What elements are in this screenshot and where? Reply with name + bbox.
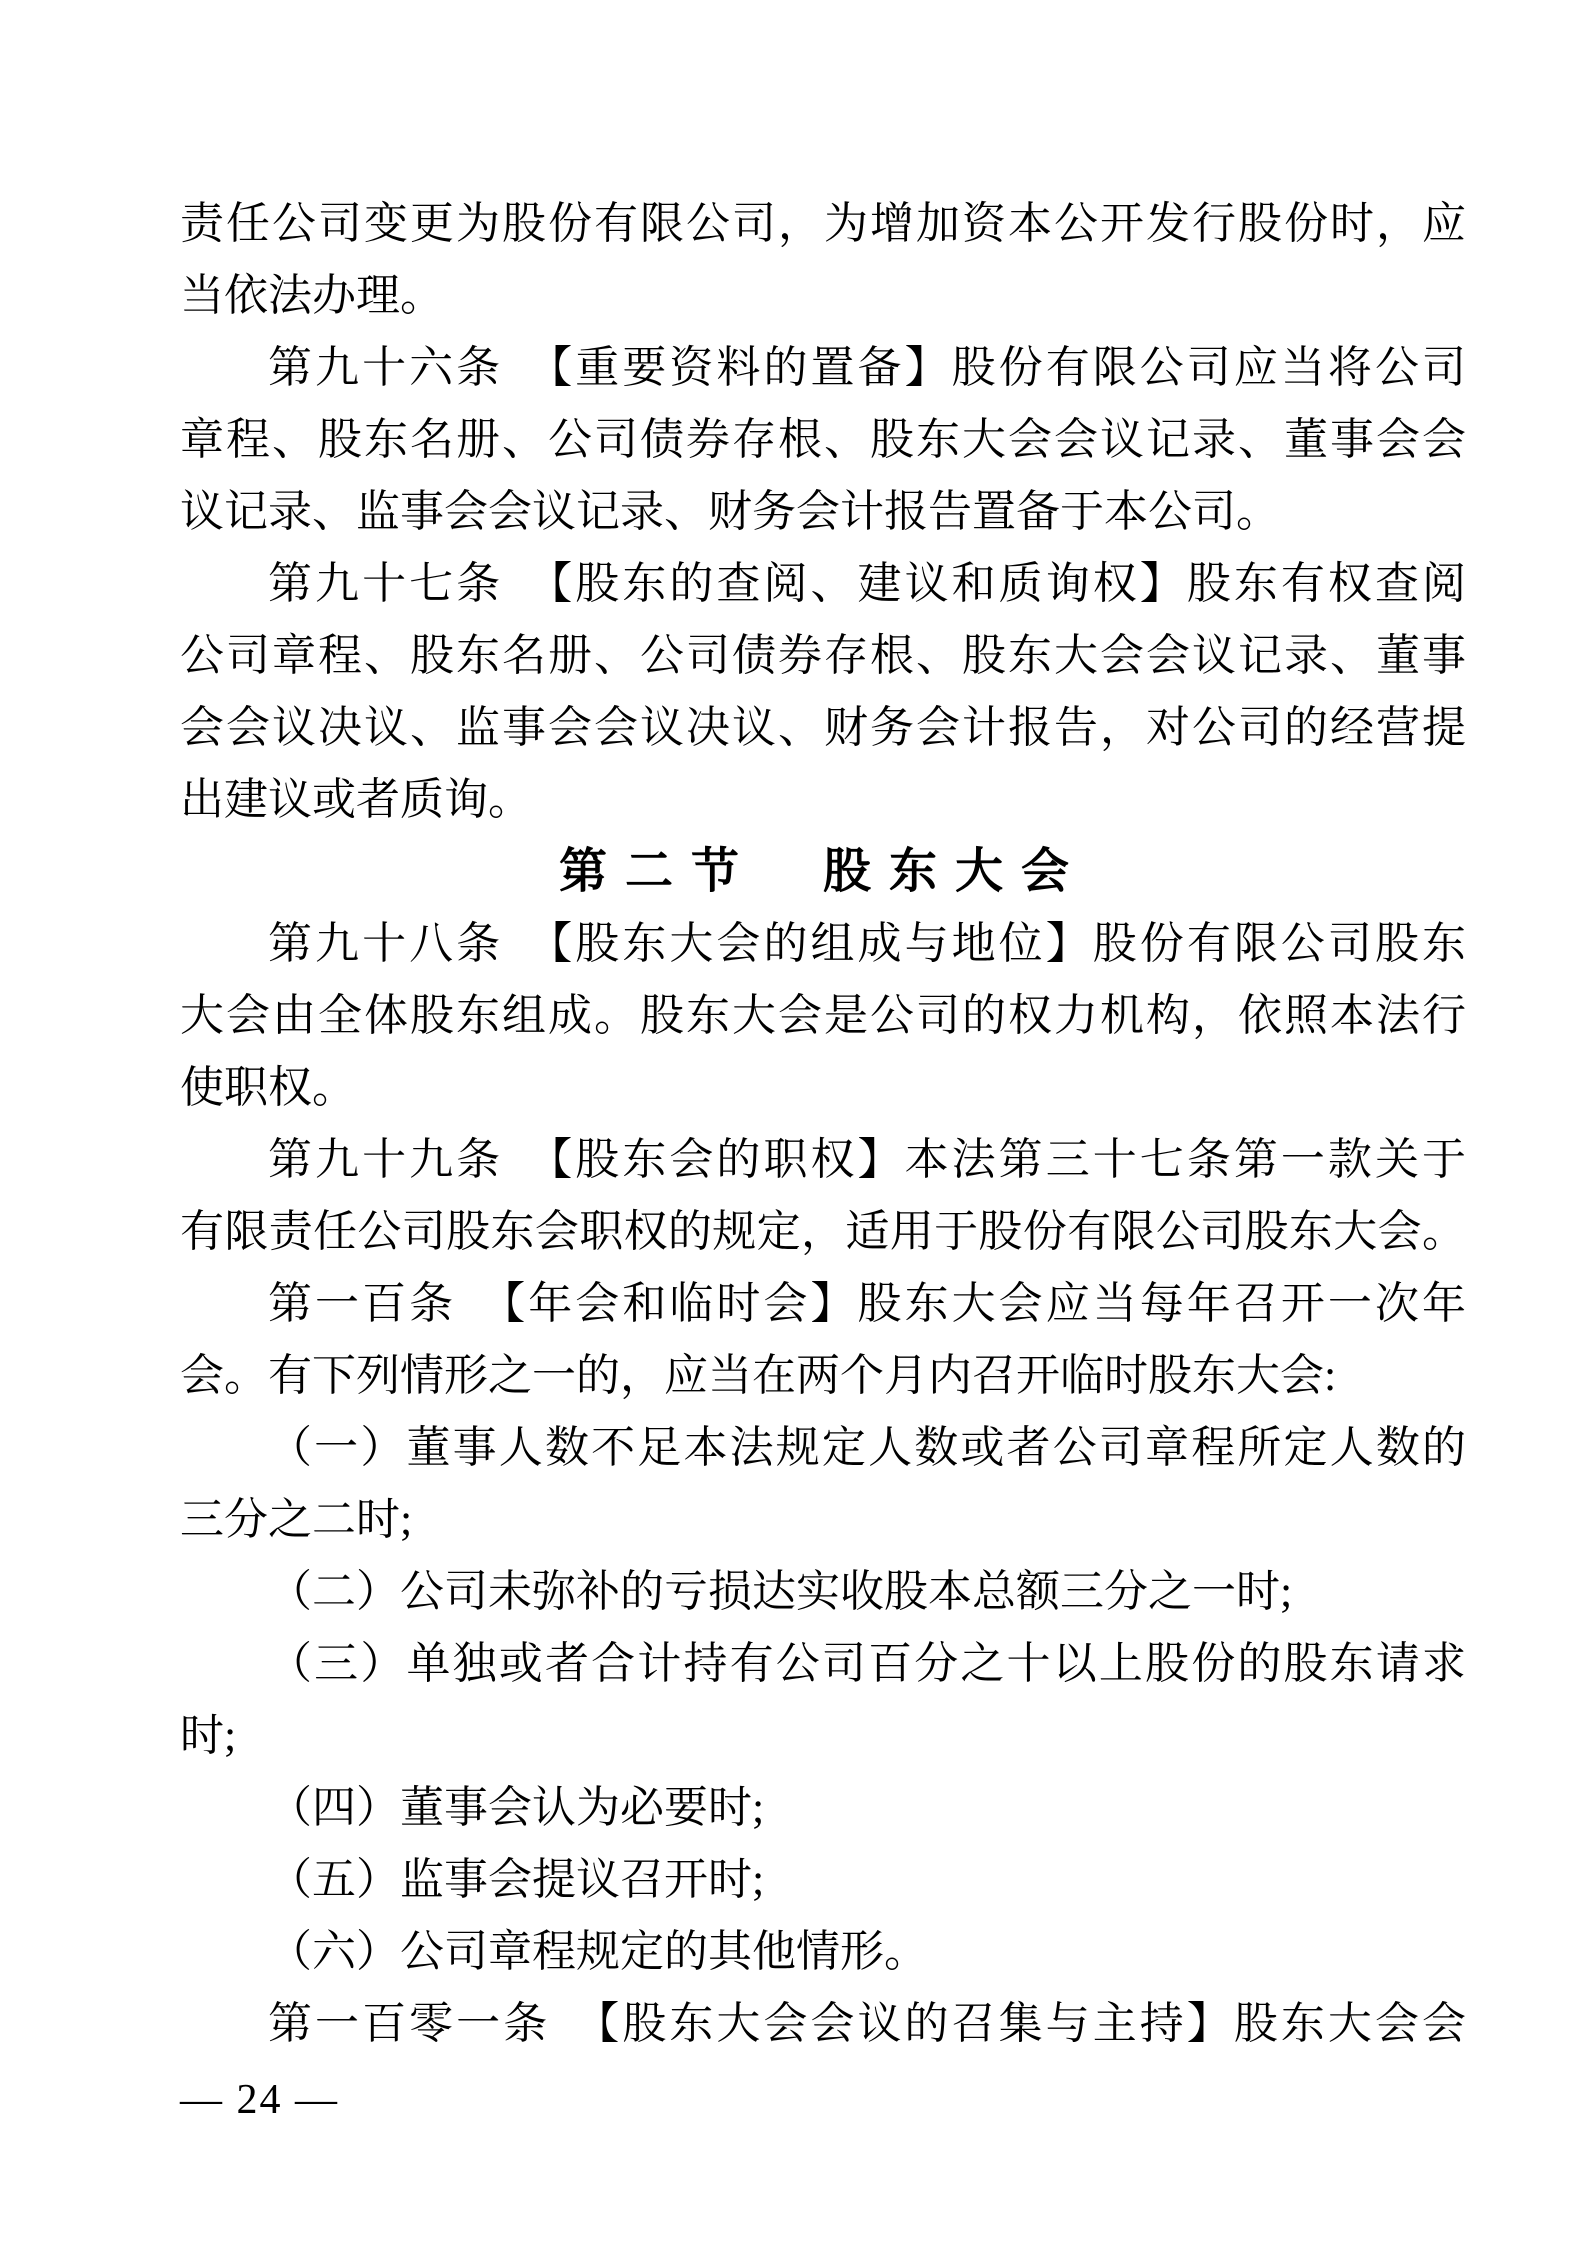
text-segment: 股份有限公司股东 [1093,919,1466,968]
text-segment: 出建议或者质询。 [180,775,532,824]
text-segment: 股东大会应当每年召开一次年 [858,1279,1466,1328]
text-segment: 【股东大会的组成与地位】 [550,919,1092,968]
text-segment: 股东大会会 [1234,1999,1466,2048]
text-line: （五）监事会提议召开时; [180,1844,1466,1916]
text-segment: 使职权。 [180,1063,356,1112]
text-segment: 【重要资料的置备】 [550,343,951,392]
text-line: 责任公司变更为股份有限公司，为增加资本公开发行股份时，应 [180,188,1466,260]
text-segment: （一）董事人数不足本法规定人数或者公司章程所定人数的 [268,1423,1466,1472]
text-segment: （六）公司章程规定的其他情形。 [268,1927,928,1976]
text-segment: 时; [180,1711,236,1760]
text-line: 公司章程、股东名册、公司债券存根、股东大会会议记录、董事 [180,620,1466,692]
text-line: 时; [180,1700,1466,1772]
text-segment: 议记录、监事会会议记录、财务会计报告置备于本公司。 [180,487,1280,536]
text-line: 第一百零一条 【股东大会会议的召集与主持】股东大会会 [180,1988,1466,2060]
text-segment: 公司章程、股东名册、公司债券存根、股东大会会议记录、董事 [180,631,1466,680]
text-line: 有限责任公司股东会职权的规定，适用于股份有限公司股东大会。 [180,1196,1466,1268]
text-line: 三分之二时; [180,1484,1466,1556]
text-segment: 第九十六条 [268,343,550,392]
text-segment: （三）单独或者合计持有公司百分之十以上股份的股东请求 [268,1639,1466,1688]
text-segment: （五）监事会提议召开时; [268,1855,764,1904]
text-segment: 【年会和临时会】 [503,1279,857,1328]
text-segment: （四）董事会认为必要时; [268,1783,764,1832]
text-segment: 【股东会的职权】 [550,1135,904,1184]
text-segment: 会会议决议、监事会会议决议、财务会计报告，对公司的经营提 [180,703,1466,752]
text-segment: 大会由全体股东组成。股东大会是公司的权力机构，依照本法行 [180,991,1466,1040]
text-segment: 第九十八条 [268,919,550,968]
text-line: （六）公司章程规定的其他情形。 [180,1916,1466,1988]
text-line: （四）董事会认为必要时; [180,1772,1466,1844]
text-line: 第一百条 【年会和临时会】股东大会应当每年召开一次年 [180,1268,1466,1340]
text-segment: 第九十九条 [268,1135,550,1184]
text-line: 第九十九条 【股东会的职权】本法第三十七条第一款关于 [180,1124,1466,1196]
text-segment: 股份有限公司应当将公司 [952,343,1466,392]
section-heading: 第二节 股东大会 [180,836,1466,908]
text-line: 出建议或者质询。 [180,764,1466,836]
text-segment: 第一百零一条 [268,1999,597,2048]
text-segment: 【股东的查阅、建议和质询权】 [550,559,1187,608]
text-segment: （二）公司未弥补的亏损达实收股本总额三分之一时; [268,1567,1292,1616]
text-line: 议记录、监事会会议记录、财务会计报告置备于本公司。 [180,476,1466,548]
text-segment: 有限责任公司股东会职权的规定，适用于股份有限公司股东大会。 [180,1207,1466,1256]
text-line: 第九十八条 【股东大会的组成与地位】股份有限公司股东 [180,908,1466,980]
text-line: （二）公司未弥补的亏损达实收股本总额三分之一时; [180,1556,1466,1628]
text-segment: 第二节 股东大会 [559,845,1087,898]
text-segment: 三分之二时; [180,1495,412,1544]
text-segment: 本法第三十七条第一款关于 [905,1135,1466,1184]
text-line: 会会议决议、监事会会议决议、财务会计报告，对公司的经营提 [180,692,1466,764]
text-line: （一）董事人数不足本法规定人数或者公司章程所定人数的 [180,1412,1466,1484]
text-line: 第九十六条 【重要资料的置备】股份有限公司应当将公司 [180,332,1466,404]
text-line: 会。有下列情形之一的，应当在两个月内召开临时股东大会: [180,1340,1466,1412]
text-line: 章程、股东名册、公司债券存根、股东大会会议记录、董事会会 [180,404,1466,476]
text-line: （三）单独或者合计持有公司百分之十以上股份的股东请求 [180,1628,1466,1700]
text-segment: 股东有权查阅 [1187,559,1466,608]
text-segment: 第一百条 [268,1279,503,1328]
text-segment: 章程、股东名册、公司债券存根、股东大会会议记录、董事会会 [180,415,1466,464]
text-line: 使职权。 [180,1052,1466,1124]
document-body: 责任公司变更为股份有限公司，为增加资本公开发行股份时，应当依法办理。第九十六条 … [180,188,1466,2060]
text-segment: 第九十七条 [268,559,550,608]
text-line: 大会由全体股东组成。股东大会是公司的权力机构，依照本法行 [180,980,1466,1052]
text-line: 第九十七条 【股东的查阅、建议和质询权】股东有权查阅 [180,548,1466,620]
page-number: — 24 — [180,2064,339,2136]
text-segment: 责任公司变更为股份有限公司，为增加资本公开发行股份时，应 [180,199,1466,248]
text-line: 当依法办理。 [180,260,1466,332]
document-page: 责任公司变更为股份有限公司，为增加资本公开发行股份时，应当依法办理。第九十六条 … [0,0,1587,2245]
text-segment: 当依法办理。 [180,271,444,320]
text-segment: 会。有下列情形之一的，应当在两个月内召开临时股东大会: [180,1351,1336,1400]
text-segment: 【股东大会会议的召集与主持】 [597,1999,1234,2048]
